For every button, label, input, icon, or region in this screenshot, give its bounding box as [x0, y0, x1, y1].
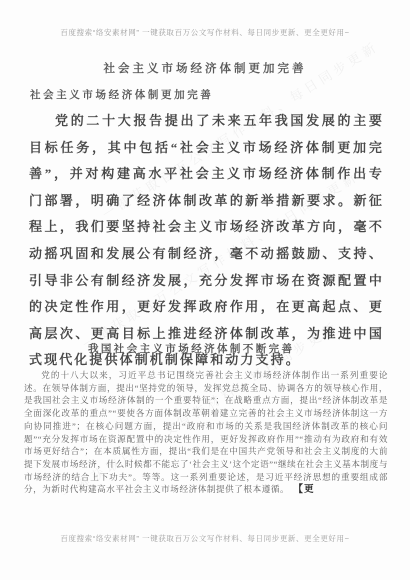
- main-paragraph: 党的二十大报告提出了未来五年我国发展的主要目标任务，其中包括“社会主义市场经济体…: [29, 108, 384, 374]
- detail-paragraph: 党的十八大以来，习近平总书记围绕完善社会主义市场经济体制作出一系列重要论述。在领…: [24, 369, 388, 497]
- footer-promo-banner: 百度搜索“络安素材网” 一键获取百万公文写作材料、每日同步更新、更全更好用~: [0, 533, 410, 544]
- section-heading: 我国社会主义市场经济体制不断完善: [88, 341, 294, 356]
- more-content-marker[interactable]: 【更: [298, 484, 314, 495]
- document-page: 一键获取百万公文写作材料、每日同步更新 一键获取百万公文写作材料、每日同步更新 …: [0, 0, 410, 580]
- document-subtitle: 社会主义市场经济体制更加完善: [30, 87, 380, 102]
- document-title: 社会主义市场经济体制更加完善: [0, 60, 410, 76]
- header-promo-banner: 百度搜索“络安素材网” 一键获取百万公文写作材料、每日同步更新、更全更好用~: [0, 27, 410, 38]
- detail-paragraph-text: 党的十八大以来，习近平总书记围绕完善社会主义市场经济体制作出一系列重要论述。在领…: [24, 370, 388, 494]
